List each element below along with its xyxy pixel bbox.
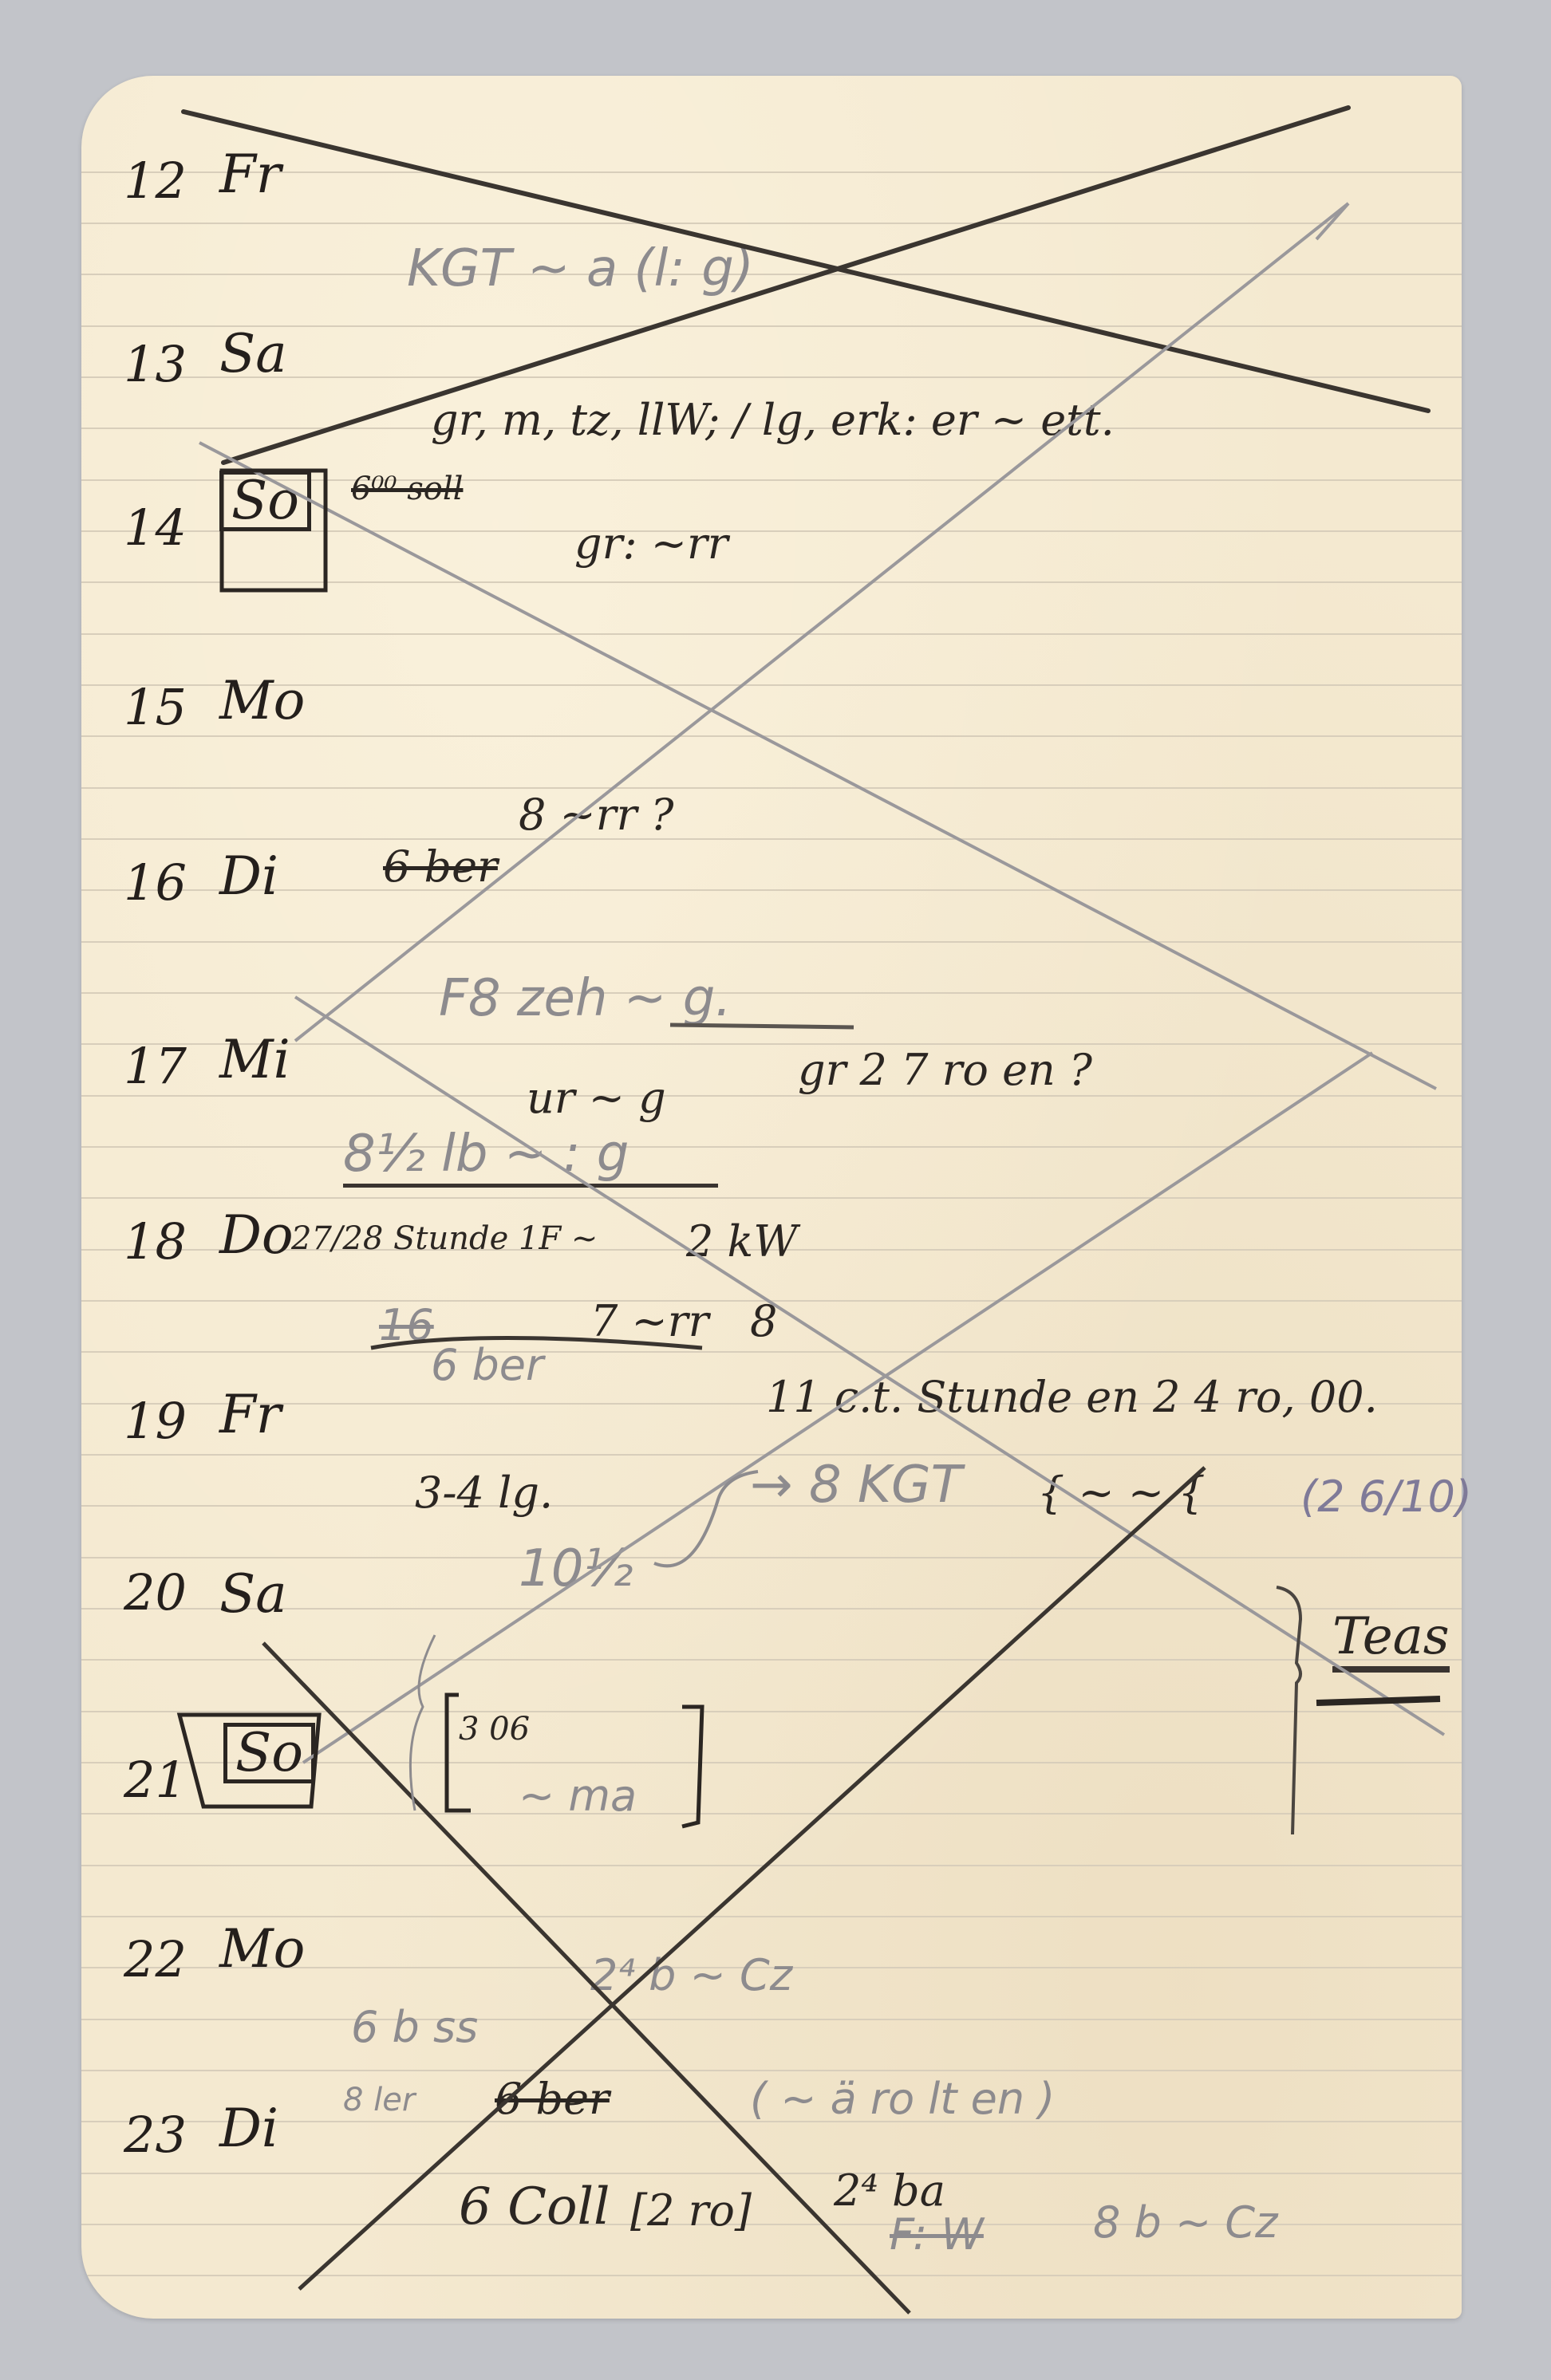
weekday-16: Di: [219, 845, 278, 907]
note-19b: 3-4 lg.: [415, 1468, 553, 1518]
note-22b: 6 b ss: [351, 2002, 478, 2052]
weekday-13: Sa: [219, 323, 287, 384]
ruled-line: [81, 1813, 1462, 1815]
note-23c: ( ~ ä ro lt en ): [750, 2074, 1055, 2124]
ruled-line: [81, 325, 1462, 327]
ruled-line: [81, 2275, 1462, 2276]
ruled-line: [81, 2070, 1462, 2071]
note-17b: ur ~ g: [527, 1073, 666, 1123]
weekday-20: Sa: [219, 1563, 287, 1625]
weekday-19: Fr: [219, 1384, 281, 1445]
ruled-line: [81, 1711, 1462, 1712]
weekday-15: Mo: [219, 670, 305, 731]
note-16a: 6 ber: [383, 841, 498, 892]
date-20: 20: [124, 1563, 187, 1621]
ruled-line: [81, 1659, 1462, 1661]
note-21a: 3 06: [459, 1711, 530, 1748]
note-23b: 6 ber: [495, 2074, 610, 2124]
note-17d: 8½ lb ~ : g: [343, 1125, 718, 1188]
ruled-line: [81, 581, 1462, 583]
note-23h: 8 b ~ Cz: [1093, 2197, 1277, 2248]
ruled-line: [81, 1095, 1462, 1097]
ruled-line: [81, 1197, 1462, 1199]
ruled-line: [81, 1916, 1462, 1917]
date-14: 14: [124, 498, 187, 557]
ruled-line: [81, 2173, 1462, 2174]
note-teas: Teas: [1332, 1607, 1450, 1673]
note-21b: ~ ma: [519, 1771, 637, 1821]
weekday-23: Di: [219, 2098, 278, 2159]
ruled-line: [81, 2019, 1462, 2020]
date-18: 18: [124, 1212, 187, 1271]
note-18c: 16: [379, 1300, 434, 1350]
ruled-line: [81, 787, 1462, 789]
note-kgt-top: KGT ~ a (l: g): [407, 239, 754, 298]
note-22a: 2⁴ b ~ Cz: [590, 1950, 792, 2000]
ruled-line: [81, 941, 1462, 943]
weekday-21-boxed: So: [223, 1723, 315, 1783]
note-17c: gr 2 7 ro en ?: [798, 1045, 1092, 1095]
weekday-18: Do: [219, 1204, 294, 1266]
note-18b: 2 kW: [686, 1216, 798, 1267]
note-23a: 8 ler: [343, 2082, 415, 2118]
note-23f: 2⁴ ba: [834, 2165, 945, 2216]
date-21: 21: [124, 1751, 187, 1809]
ruled-line: [81, 1557, 1462, 1558]
note-17a: F8 zeh ~ g.: [439, 969, 732, 1028]
note-18d: 7 ~rr: [590, 1296, 708, 1346]
ruled-line: [81, 171, 1462, 173]
note-14b: gr: ~rr: [574, 518, 728, 569]
date-12: 12: [124, 152, 187, 210]
note-19a: 11 c.t. Stunde en 2 4 ro, 00.: [766, 1372, 1378, 1422]
date-23: 23: [124, 2106, 187, 2164]
note-19e: (2 6/10): [1300, 1472, 1472, 1522]
ruled-line: [81, 838, 1462, 840]
note-19c: → 8 KGT: [750, 1456, 962, 1515]
ruled-line: [81, 1865, 1462, 1866]
date-19: 19: [124, 1392, 187, 1450]
ruled-line: [81, 1608, 1462, 1610]
ruled-line: [81, 274, 1462, 275]
note-18a: 27/28 Stunde 1F ~: [291, 1220, 598, 1257]
ruled-line: [81, 376, 1462, 378]
weekday-12: Fr: [219, 144, 281, 205]
date-15: 15: [124, 678, 187, 736]
note-19d: { ~ ~ {: [1037, 1468, 1206, 1518]
ruled-line: [81, 735, 1462, 737]
ruled-line: [81, 1146, 1462, 1148]
date-16: 16: [124, 853, 187, 912]
ruled-line: [81, 889, 1462, 891]
note-13: gr, m, tz, llW; / lg, erk: er ~ ett.: [431, 395, 1115, 445]
ruled-line: [81, 1351, 1462, 1353]
date-17: 17: [124, 1037, 187, 1095]
note-18f: 6 ber: [431, 1340, 543, 1390]
note-14a: 6⁰⁰ soll: [351, 471, 463, 507]
weekday-14-boxed: So: [219, 471, 311, 531]
ruled-line: [81, 223, 1462, 224]
ruled-line: [81, 992, 1462, 994]
date-22: 22: [124, 1930, 187, 1988]
weekday-17: Mi: [219, 1029, 290, 1090]
weekday-22: Mo: [219, 1918, 305, 1980]
note-23g: F: W: [890, 2209, 984, 2260]
note-20a: 10½: [519, 1539, 633, 1598]
note-18e: 8: [750, 1296, 777, 1346]
ruled-line: [81, 633, 1462, 635]
note-23d: 6 Coll: [459, 2177, 610, 2236]
note-16b: 8 ~rr ?: [519, 790, 674, 840]
note-23e: [2 ro]: [630, 2185, 752, 2236]
date-13: 13: [124, 335, 187, 393]
